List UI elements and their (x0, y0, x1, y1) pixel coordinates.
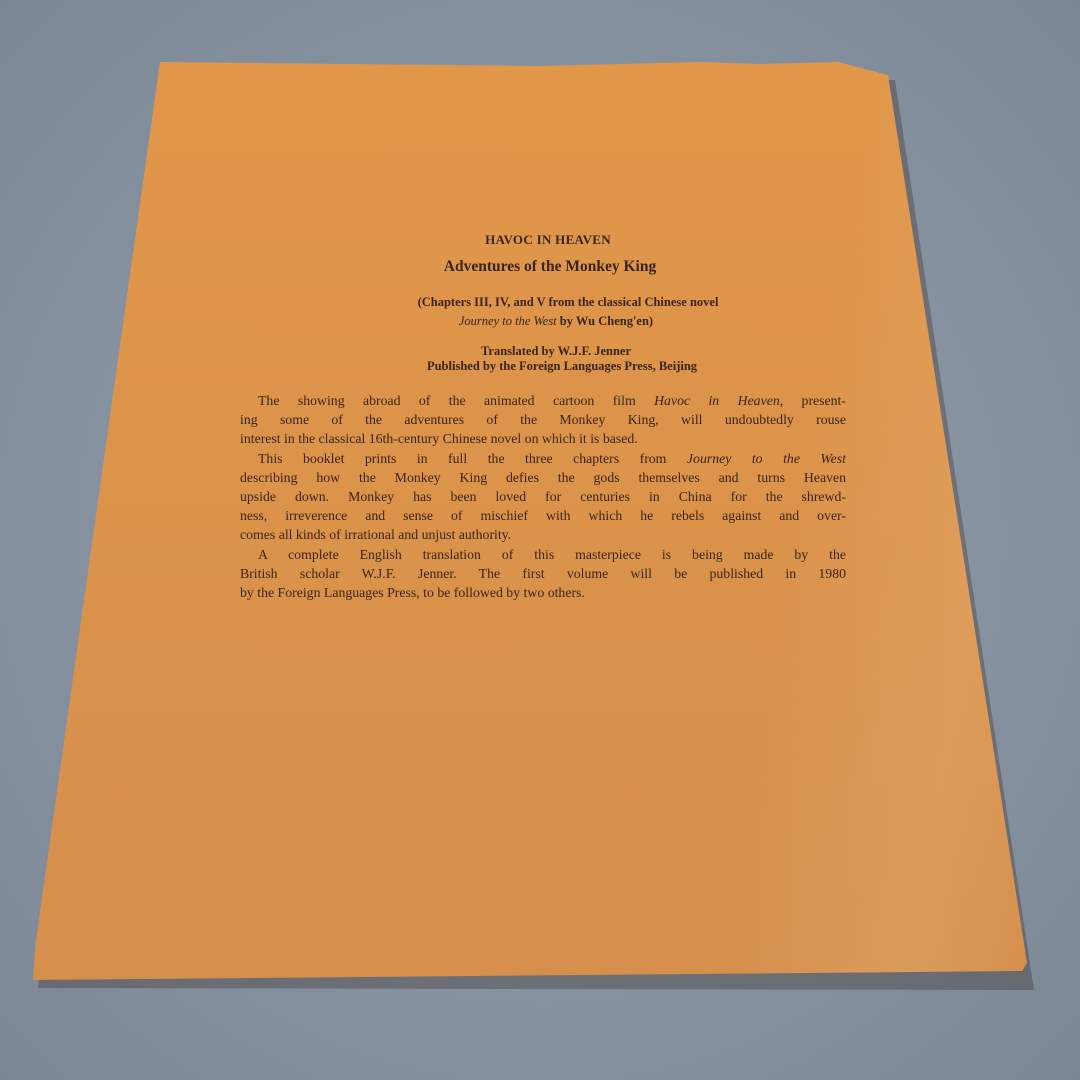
text-run: British scholar W.J.F. Jenner. The first… (240, 566, 846, 581)
text-run: , present- (780, 393, 846, 408)
paragraph: A complete English translation of this m… (240, 545, 846, 603)
document-subtitle: Adventures of the Monkey King (10, 258, 1080, 276)
text-line: upside down. Monkey has been loved for c… (240, 487, 846, 506)
text-run: upside down. Monkey has been loved for c… (240, 489, 846, 504)
italic-title: Journey to the West (687, 451, 846, 466)
italic-title: Havoc in Heaven (654, 393, 780, 408)
text-run: The showing abroad of the animated carto… (258, 393, 654, 408)
novel-title: Journey to the West (459, 314, 557, 328)
text-line: by the Foreign Languages Press, to be fo… (240, 583, 846, 602)
source-line-2: Journey to the West by Wu Cheng'en) (16, 314, 1080, 329)
text-run: A complete English translation of this m… (258, 547, 846, 562)
text-line: A complete English translation of this m… (240, 545, 846, 564)
text-run: interest in the classical 16th-century C… (240, 431, 638, 446)
publisher-line: Published by the Foreign Languages Press… (22, 359, 1080, 374)
paragraph: The showing abroad of the animated carto… (240, 391, 846, 449)
translator-line: Translated by W.J.F. Jenner (16, 344, 1080, 359)
text-run: ing some of the adventures of the Monkey… (240, 412, 846, 427)
document-text: HAVOC IN HEAVEN Adventures of the Monkey… (0, 0, 1080, 1080)
text-line: ness, irreverence and sense of mischief … (240, 506, 846, 525)
text-run: ness, irreverence and sense of mischief … (240, 508, 846, 523)
text-run: by the Foreign Languages Press, to be fo… (240, 585, 585, 600)
text-line: ing some of the adventures of the Monkey… (240, 410, 846, 429)
text-run: This booklet prints in full the three ch… (258, 451, 687, 466)
text-run: describing how the Monkey King defies th… (240, 470, 846, 485)
author-text: by Wu Cheng'en) (557, 314, 653, 328)
source-line-1: (Chapters III, IV, and V from the classi… (28, 295, 1080, 310)
text-line: comes all kinds of irrational and unjust… (240, 525, 846, 544)
text-line: This booklet prints in full the three ch… (240, 449, 846, 468)
document-title: HAVOC IN HEAVEN (8, 232, 1080, 248)
text-line: describing how the Monkey King defies th… (240, 468, 846, 487)
body-text: The showing abroad of the animated carto… (240, 391, 846, 602)
text-line: British scholar W.J.F. Jenner. The first… (240, 564, 846, 583)
paragraph: This booklet prints in full the three ch… (240, 449, 846, 545)
text-line: The showing abroad of the animated carto… (240, 391, 846, 410)
text-line: interest in the classical 16th-century C… (240, 429, 846, 448)
text-run: comes all kinds of irrational and unjust… (240, 527, 511, 542)
